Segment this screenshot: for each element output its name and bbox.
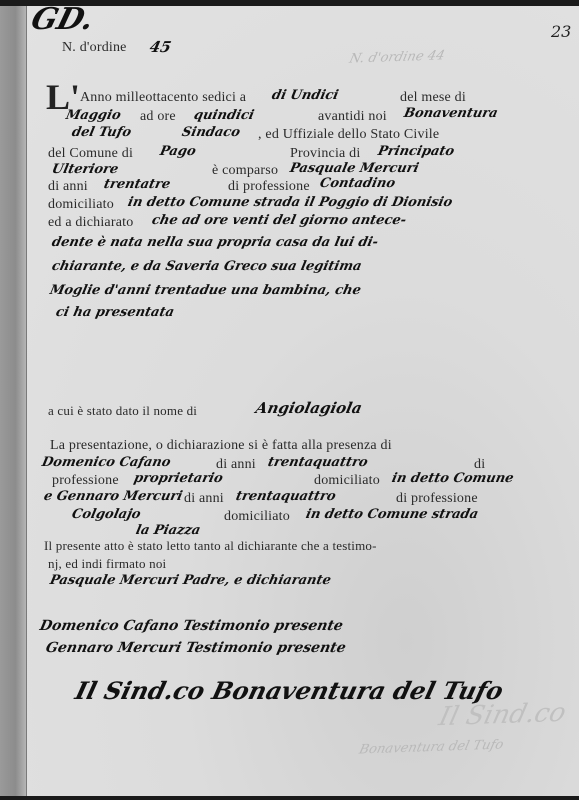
handwritten-text: che ad ore venti del giorno antece-	[150, 213, 407, 228]
print-text: a cui è stato dato il nome di	[48, 403, 197, 419]
print-text: è comparso	[212, 163, 278, 179]
order-label: N. d'ordine	[62, 40, 127, 56]
print-text: di professione	[396, 491, 478, 507]
handwritten-profession: proprietario	[132, 471, 224, 486]
handwritten-profession: Colgolajo	[70, 507, 142, 522]
handwritten-provincia: Principato	[376, 144, 455, 159]
handwritten-month: Maggio	[64, 108, 122, 123]
handwritten-witness: Domenico Cafano	[40, 455, 172, 470]
print-text: , ed Uffiziale dello Stato Civile	[258, 127, 439, 143]
binding-edge	[0, 6, 27, 800]
print-text: di professione	[228, 179, 310, 195]
print-text: ed a dichiarato	[48, 215, 133, 231]
handwritten-day: di Undici	[270, 88, 339, 103]
mayor-signature: Il Sind.co Bonaventura del Tufo	[72, 676, 506, 705]
print-text: domiciliato	[224, 509, 290, 525]
print-text: domiciliato	[48, 197, 114, 213]
handwritten-witness: e Gennaro Mercuri	[42, 489, 183, 504]
handwritten-address: in detto Comune strada	[304, 507, 479, 522]
handwritten-profession: Contadino	[318, 176, 396, 191]
handwritten-address: in detto Comune strada il Poggio di Dion…	[126, 195, 453, 210]
corner-mark: GD.	[27, 2, 97, 37]
print-text: di anni	[184, 491, 224, 507]
print-text: Anno milleottacento sedici a	[80, 90, 246, 106]
witness-signature: Domenico Cafano Testimonio presente	[38, 618, 344, 634]
page-number: 23	[551, 22, 571, 41]
handwritten-title: Sindaco	[180, 125, 241, 140]
print-text: domiciliato	[314, 473, 380, 489]
handwritten-age: trentaquattro	[266, 455, 369, 470]
print-text: ad ore	[140, 109, 176, 125]
handwritten-text: Moglie d'anni trentadue una bambina, che	[48, 283, 362, 298]
print-text: del Comune di	[48, 146, 133, 162]
handwritten-declarant-signature: Pasquale Mercuri Padre, e dichiarante	[48, 573, 332, 588]
handwritten-text: dente è nata nella sua propria casa da l…	[50, 235, 379, 250]
handwritten-provincia: Ulteriore	[50, 162, 119, 177]
order-number: 45	[148, 38, 173, 56]
handwritten-declarant: Pasquale Mercuri	[288, 161, 420, 176]
print-text: La presentazione, o dichiarazione si è f…	[50, 438, 392, 454]
scan-border	[0, 796, 579, 800]
print-text: di anni	[48, 179, 88, 195]
handwritten-comune: Pago	[158, 144, 197, 159]
handwritten-text: chiarante, e da Saveria Greco sua legiti…	[50, 259, 363, 274]
handwritten-address: la Piazza	[134, 523, 201, 538]
witness-signature: Gennaro Mercuri Testimonio presente	[44, 640, 347, 656]
handwritten-age: trentatre	[102, 177, 171, 192]
print-text: Provincia di	[290, 146, 360, 162]
print-text: nj, ed indi firmato noi	[48, 556, 166, 572]
print-text: professione	[52, 473, 119, 489]
handwritten-name: del Tufo	[70, 125, 132, 140]
handwritten-name: Bonaventura	[402, 106, 499, 121]
handwritten-text: ci ha presentata	[54, 305, 175, 320]
handwritten-hour: quindici	[192, 108, 255, 123]
handwritten-child-name: Angiolagiola	[254, 399, 364, 417]
print-text: Il presente atto è stato letto tanto al …	[44, 538, 377, 554]
handwritten-age: trentaquattro	[234, 489, 337, 504]
handwritten-address: in detto Comune	[390, 471, 515, 486]
print-text: del mese di	[400, 90, 466, 106]
print-text: avantidi noi	[318, 109, 387, 125]
